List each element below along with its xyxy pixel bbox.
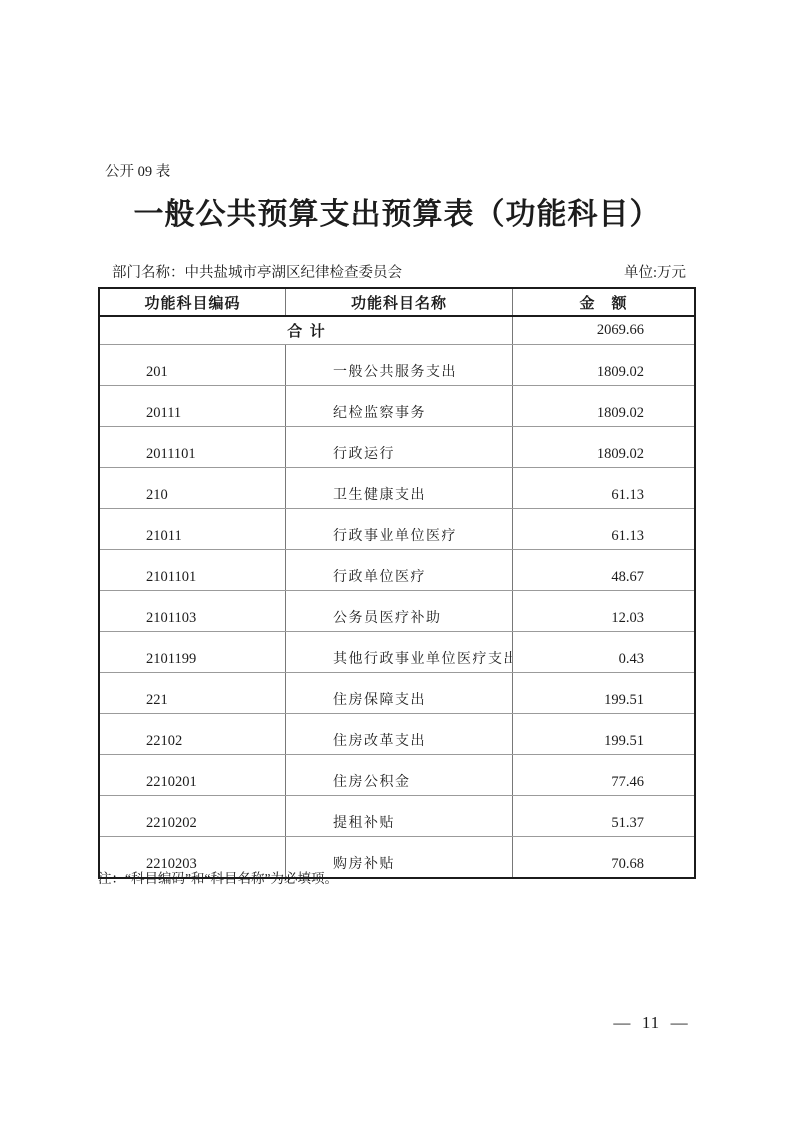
amount-cell: 61.13 (512, 509, 694, 549)
name-cell: 卫生健康支出 (285, 468, 512, 508)
name-cell: 提租补贴 (285, 796, 512, 836)
document-page: 公开 09 表 一般公共预算支出预算表（功能科目） 部门名称：中共盐城市亭湖区纪… (0, 0, 794, 1123)
name-cell: 其他行政事业单位医疗支出 (285, 632, 512, 672)
name-cell: 行政单位医疗 (285, 550, 512, 590)
amount-cell: 199.51 (512, 714, 694, 754)
table-row: 2011101 行政运行 1809.02 (100, 427, 694, 468)
amount-cell: 1809.02 (512, 345, 694, 385)
amount-cell: 51.37 (512, 796, 694, 836)
table-row: 2210202 提租补贴 51.37 (100, 796, 694, 837)
name-cell: 住房保障支出 (285, 673, 512, 713)
name-cell: 行政事业单位医疗 (285, 509, 512, 549)
name-cell: 公务员医疗补助 (285, 591, 512, 631)
code-cell: 201 (100, 345, 285, 385)
amount-cell: 77.46 (512, 755, 694, 795)
code-cell: 2101199 (100, 632, 285, 672)
name-cell: 行政运行 (285, 427, 512, 467)
total-label-cell: 合 计 (100, 317, 512, 344)
amount-cell: 1809.02 (512, 427, 694, 467)
code-cell: 2011101 (100, 427, 285, 467)
code-cell: 21011 (100, 509, 285, 549)
amount-cell: 199.51 (512, 673, 694, 713)
meta-row: 部门名称：中共盐城市亭湖区纪律检查委员会 单位:万元 (112, 261, 686, 282)
header-name: 功能科目名称 (285, 289, 512, 315)
table-row: 22102 住房改革支出 199.51 (100, 714, 694, 755)
doc-label: 公开 09 表 (105, 160, 170, 181)
amount-cell: 48.67 (512, 550, 694, 590)
code-cell: 210 (100, 468, 285, 508)
dept-name-label: 部门名称：中共盐城市亭湖区纪律检查委员会 (112, 261, 402, 282)
page-number: — 11 — (607, 1013, 695, 1033)
page-title: 一般公共预算支出预算表（功能科目） (0, 189, 794, 233)
table-row: 2101103 公务员医疗补助 12.03 (100, 591, 694, 632)
code-cell: 2210201 (100, 755, 285, 795)
header-code: 功能科目编码 (100, 289, 285, 315)
table-note: 注：“科目编码”和“科目名称”为必填项。 (98, 867, 338, 887)
table-row: 21011 行政事业单位医疗 61.13 (100, 509, 694, 550)
name-cell: 住房公积金 (285, 755, 512, 795)
budget-table: 功能科目编码 功能科目名称 金 额 合 计 2069.66 201 一般公共服务… (98, 287, 696, 879)
amount-cell: 0.43 (512, 632, 694, 672)
table-row: 2101101 行政单位医疗 48.67 (100, 550, 694, 591)
table-total-row: 合 计 2069.66 (100, 317, 694, 345)
name-cell: 纪检监察事务 (285, 386, 512, 426)
name-cell: 住房改革支出 (285, 714, 512, 754)
table-row: 20111 纪检监察事务 1809.02 (100, 386, 694, 427)
table-row: 2101199 其他行政事业单位医疗支出 0.43 (100, 632, 694, 673)
amount-cell: 61.13 (512, 468, 694, 508)
code-cell: 2101101 (100, 550, 285, 590)
table-row: 221 住房保障支出 199.51 (100, 673, 694, 714)
amount-cell: 12.03 (512, 591, 694, 631)
name-cell: 一般公共服务支出 (285, 345, 512, 385)
amount-cell: 1809.02 (512, 386, 694, 426)
code-cell: 22102 (100, 714, 285, 754)
amount-cell: 70.68 (512, 837, 694, 877)
table-header-row: 功能科目编码 功能科目名称 金 额 (100, 289, 694, 317)
code-cell: 221 (100, 673, 285, 713)
table-row: 210 卫生健康支出 61.13 (100, 468, 694, 509)
table-row: 2210201 住房公积金 77.46 (100, 755, 694, 796)
code-cell: 20111 (100, 386, 285, 426)
total-amount-cell: 2069.66 (512, 317, 694, 344)
table-row: 201 一般公共服务支出 1809.02 (100, 345, 694, 386)
header-amount: 金 额 (512, 289, 694, 315)
code-cell: 2101103 (100, 591, 285, 631)
code-cell: 2210202 (100, 796, 285, 836)
unit-label: 单位:万元 (624, 261, 686, 282)
